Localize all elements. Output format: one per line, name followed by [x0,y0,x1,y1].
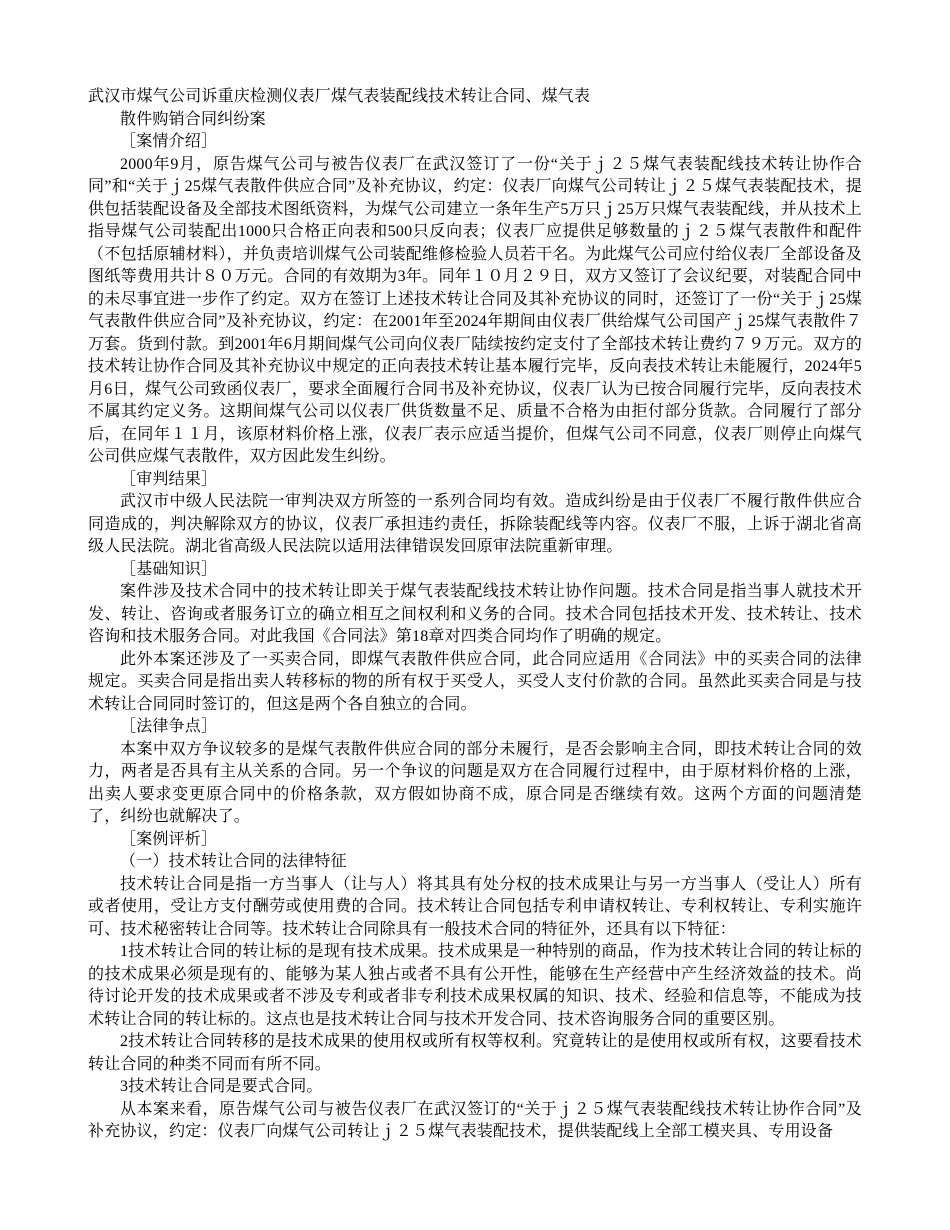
para-basic-knowledge-2: 此外本案还涉及了一买卖合同，即煤气表散件供应合同，此合同应适用《合同法》中的买卖… [88,649,862,717]
para-legal-features-intro: 技术转让合同是指一方当事人（让与人）将其具有处分权的技术成果让与另一方当事人（受… [88,874,862,942]
section-heading-legal-issues: ［法律争点］ [88,716,862,739]
doc-title-line-1: 武汉市煤气公司诉重庆检测仪表厂煤气表装配线技术转让合同、煤气表 [88,86,862,109]
section-heading-case-analysis: ［案例评析］ [88,829,862,852]
section-heading-basic-knowledge: ［基础知识］ [88,559,862,582]
para-feature-3: 3技术转让合同是要式合同。 [88,1076,862,1099]
document-body: 武汉市煤气公司诉重庆检测仪表厂煤气表装配线技术转让合同、煤气表散件购销合同纠纷案… [88,86,862,1144]
subheading-legal-features: （一）技术转让合同的法律特征 [88,851,862,874]
para-feature-2: 2技术转让合同转移的是技术成果的使用权或所有权等权利。究竟转让的是使用权或所有权… [88,1031,862,1076]
para-basic-knowledge-1: 案件涉及技术合同中的技术转让即关于煤气表装配线技术转让协作问题。技术合同是指当事… [88,581,862,649]
doc-title-line-2: 散件购销合同纠纷案 [88,109,862,132]
para-case-application: 从本案来看，原告煤气公司与被告仪表厂在武汉签订的“关于ｊ２５煤气表装配线技术转让… [88,1099,862,1144]
section-heading-case-intro: ［案情介绍］ [88,131,862,154]
section-heading-judgment: ［审判结果］ [88,469,862,492]
document-page: 武汉市煤气公司诉重庆检测仪表厂煤气表装配线技术转让合同、煤气表散件购销合同纠纷案… [0,0,950,1230]
para-legal-issues: 本案中双方争议较多的是煤气表散件供应合同的部分未履行，是否会影响主合同，即技术转… [88,739,862,829]
para-judgment: 武汉市中级人民法院一审判决双方所签的一系列合同均有效。造成纠纷是由于仪表厂不履行… [88,491,862,559]
para-feature-1: 1技术转让合同的转让标的是现有技术成果。技术成果是一种特别的商品，作为技术转让合… [88,941,862,1031]
para-case-intro: 2000年9月，原告煤气公司与被告仪表厂在武汉签订了一份“关于ｊ２５煤气表装配线… [88,154,862,469]
